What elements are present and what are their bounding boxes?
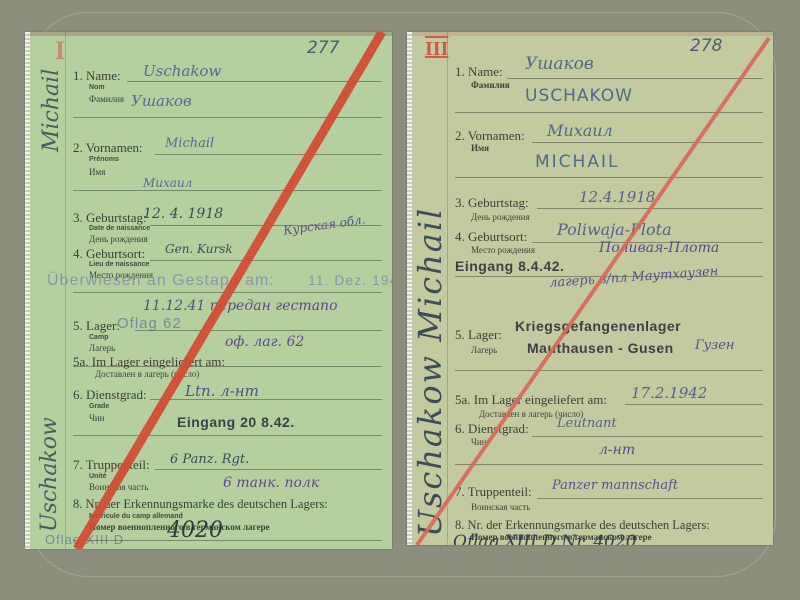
cancellation-slash (25, 32, 392, 549)
pow-card-277: I 277 Michail Uschakow 1. Name: Nom Фами… (25, 32, 392, 549)
pow-card-278: III 278 Uschakow Michail 1. Name: Фамили… (407, 32, 773, 545)
cancellation-slash (407, 32, 773, 545)
